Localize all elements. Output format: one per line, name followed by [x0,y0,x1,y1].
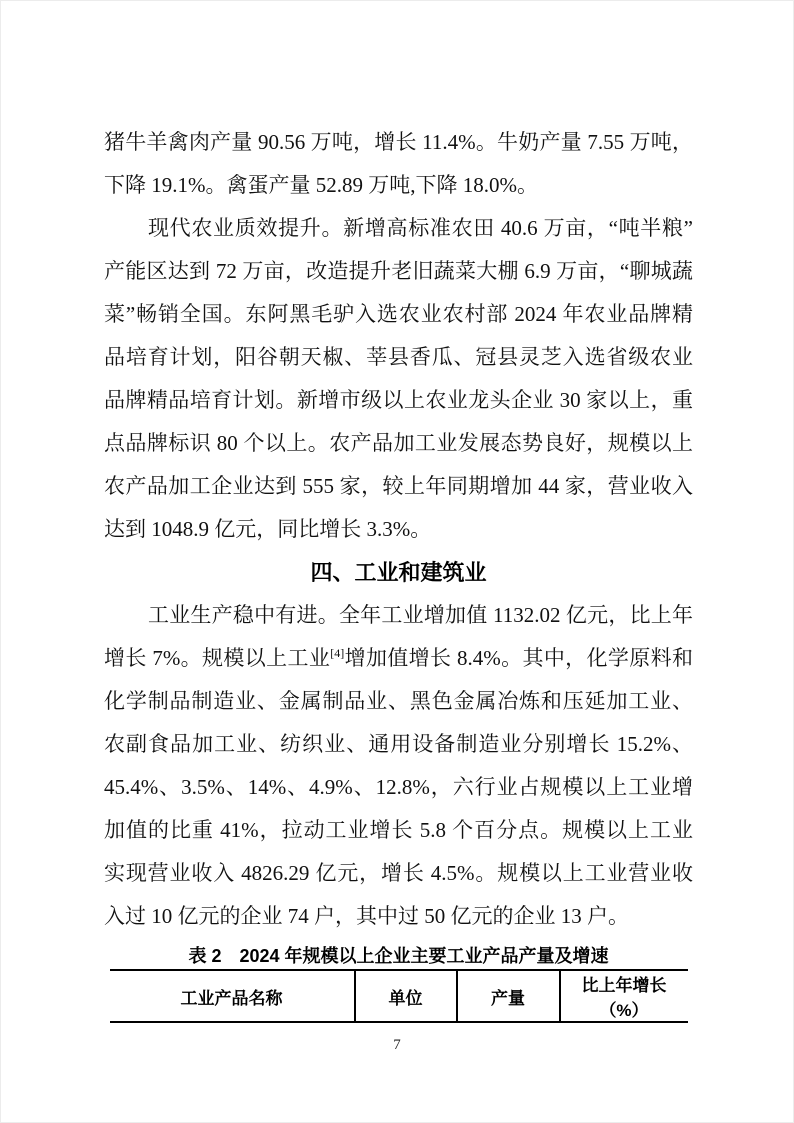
section-heading-industry: 四、工业和建筑业 [104,551,693,594]
text-line: 猪牛羊禽肉产量 90.56 万吨，增长 11.4%。牛奶产量 7.55 万吨， [104,121,693,164]
column-header-product-name: 工业产品名称 [110,970,355,1022]
text-line: 现代农业质效提升。新增高标准农田 40.6 万亩，“吨半粮” [104,207,693,250]
text-line: 入过 10 亿元的企业 74 户，其中过 50 亿元的企业 13 户。 [104,895,693,938]
text-line: 实现营业收入 4826.29 亿元，增长 4.5%。规模以上工业营业收 [104,852,693,895]
text-line: 工业生产稳中有进。全年工业增加值 1132.02 亿元，比上年 [104,594,693,637]
text-line: 点品牌标识 80 个以上。农产品加工业发展态势良好，规模以上 [104,422,693,465]
column-header-output: 产量 [457,970,560,1022]
document-page: 猪牛羊禽肉产量 90.56 万吨，增长 11.4%。牛奶产量 7.55 万吨， … [0,0,794,1123]
column-header-unit: 单位 [355,970,457,1022]
paragraph-modern-agriculture: 现代农业质效提升。新增高标准农田 40.6 万亩，“吨半粮” 产能区达到 72 … [104,207,693,551]
text-segment: 增长 7%。规模以上工业 [104,646,330,670]
text-line: 产能区达到 72 万亩，改造提升老旧蔬菜大棚 6.9 万亩，“聊城蔬 [104,250,693,293]
text-line: 45.4%、3.5%、14%、4.9%、12.8%，六行业占规模以上工业增 [104,766,693,809]
footnote-reference: [4] [330,646,344,660]
text-line: 农产品加工企业达到 555 家，较上年同期增加 44 家，营业收入 [104,465,693,508]
text-line: 化学制品制造业、金属制品业、黑色金属冶炼和压延加工业、 [104,680,693,723]
industry-products-table: 工业产品名称 单位 产量 比上年增长（%） [110,969,688,1023]
page-number: 7 [1,1037,793,1054]
column-header-growth: 比上年增长（%） [560,970,688,1022]
page-content: 猪牛羊禽肉产量 90.56 万吨，增长 11.4%。牛奶产量 7.55 万吨， … [104,121,693,1023]
table-caption: 表 2 2024 年规模以上企业主要工业产品产量及增速 [104,944,693,969]
text-line: 品牌精品培育计划。新增市级以上农业龙头企业 30 家以上，重 [104,379,693,422]
table-header-row: 工业产品名称 单位 产量 比上年增长（%） [110,970,688,1022]
text-line: 农副食品加工业、纺织业、通用设备制造业分别增长 15.2%、 [104,723,693,766]
paragraph-industry: 工业生产稳中有进。全年工业增加值 1132.02 亿元，比上年 增长 7%。规模… [104,594,693,938]
text-segment: 增加值增长 8.4%。其中，化学原料和 [344,646,693,670]
text-line: 加值的比重 41%，拉动工业增长 5.8 个百分点。规模以上工业 [104,809,693,852]
text-line: 增长 7%。规模以上工业[4]增加值增长 8.4%。其中，化学原料和 [104,637,693,680]
text-line: 达到 1048.9 亿元，同比增长 3.3%。 [104,508,693,551]
text-line: 下降 19.1%。禽蛋产量 52.89 万吨,下降 18.0%。 [104,164,693,207]
paragraph-livestock: 猪牛羊禽肉产量 90.56 万吨，增长 11.4%。牛奶产量 7.55 万吨， … [104,121,693,207]
text-line: 菜”畅销全国。东阿黑毛驴入选农业农村部 2024 年农业品牌精 [104,293,693,336]
text-line: 品培育计划，阳谷朝天椒、莘县香瓜、冠县灵芝入选省级农业 [104,336,693,379]
